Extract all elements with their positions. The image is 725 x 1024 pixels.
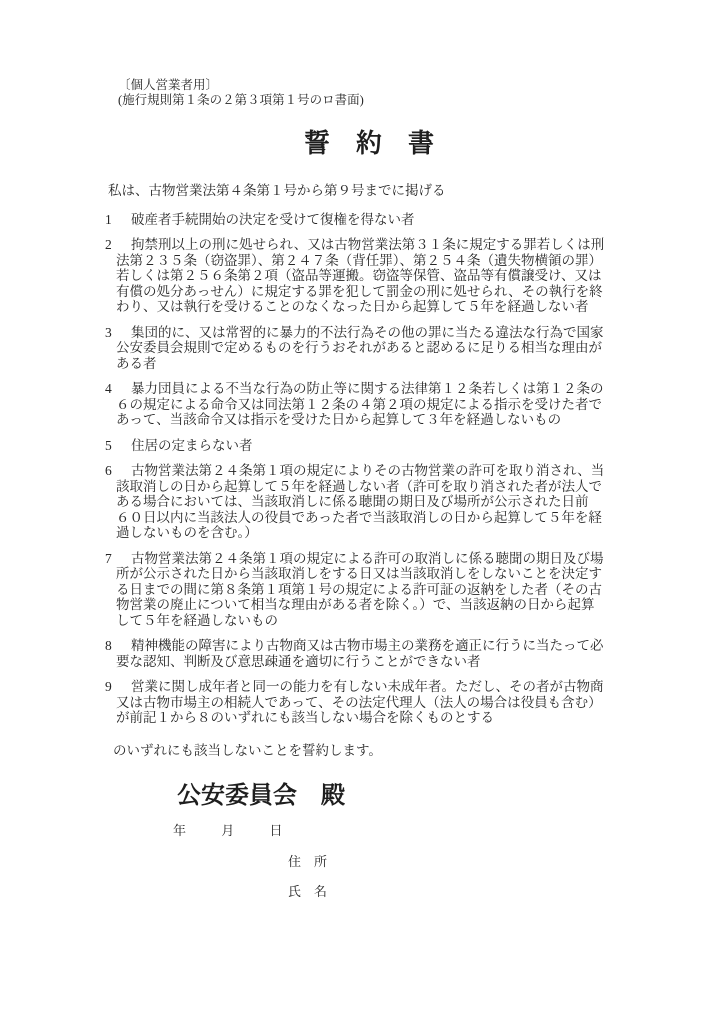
intro-text: 私は、古物営業法第４条第１号から第９号までに掲げる [108,183,633,199]
item-number: 1 [105,212,112,228]
item-text: 精神機能の障害により古物商又は古物市場主の業務を適正に行うに当たって必 要な認知… [116,638,633,669]
usage-note: 〔個人営業者用〕 [118,78,633,93]
item-number: 3 [105,325,112,341]
pledge-item-5: 5 住居の定まらない者 [105,438,633,454]
pledge-items-list: 1 破産者手続開始の決定を受けて復権を得ない者 2 拘禁刑以上の刑に処せられ、又… [105,212,633,726]
pledge-item-4: 4 暴力団員による不当な行為の防止等に関する法律第１２条若しくは第１２条の ６の… [105,381,633,428]
name-label: 氏 名 [288,884,633,900]
address-label: 住 所 [288,854,633,870]
item-text: 住居の定まらない者 [116,438,633,454]
date-month-label: 月 [221,823,234,839]
pledge-item-8: 8 精神機能の障害により古物商又は古物市場主の業務を適正に行うに当たって必 要な… [105,638,633,669]
doc-title: 誓 約 書 [105,129,633,159]
date-year-label: 年 [173,823,186,839]
pledge-item-2: 2 拘禁刑以上の刑に処せられ、又は古物営業法第３１条に規定する罪若しくは刑 法第… [105,237,633,315]
oath-document: 〔個人営業者用〕 (施行規則第１条の２第３項第１号のロ書面) 誓 約 書 私は、… [105,78,633,900]
document-page: { "page": { "background": "#ffffff", "te… [0,0,725,1024]
item-number: 6 [105,463,112,479]
item-number: 9 [105,679,112,695]
pledge-item-1: 1 破産者手続開始の決定を受けて復権を得ない者 [105,212,633,228]
pledge-item-9: 9 営業に関し成年者と同一の能力を有しない未成年者。ただし、その者が古物商 又は… [105,679,633,726]
item-number: 5 [105,438,112,454]
date-day-label: 日 [270,823,283,839]
pledge-item-7: 7 古物営業法第２４条第１項の規定による許可の取消しに係る聴聞の期日及び場 所が… [105,551,633,629]
item-number: 2 [105,237,112,253]
item-number: 4 [105,381,112,397]
pledge-item-3: 3 集団的に、又は常習的に暴力的不法行為その他の罪に当たる違法な行為で国家 公安… [105,325,633,372]
item-text: 古物営業法第２４条第１項の規定による許可の取消しに係る聴聞の期日及び場 所が公示… [116,551,633,629]
item-number: 7 [105,551,112,567]
addressee-line: 公安委員会 殿 [177,782,633,810]
date-line: 年 月 日 [173,823,633,839]
item-text: 暴力団員による不当な行為の防止等に関する法律第１２条若しくは第１２条の ６の規定… [116,381,633,428]
item-text: 営業に関し成年者と同一の能力を有しない未成年者。ただし、その者が古物商 又は古物… [116,679,633,726]
item-text: 破産者手続開始の決定を受けて復権を得ない者 [116,212,633,228]
item-text: 集団的に、又は常習的に暴力的不法行為その他の罪に当たる違法な行為で国家 公安委員… [116,325,633,372]
item-text: 古物営業法第２４条第１項の規定によりその古物営業の許可を取り消され、当 該取消し… [116,463,633,541]
closing-text: のいずれにも該当しないことを誓約します。 [113,743,633,759]
item-text: 拘禁刑以上の刑に処せられ、又は古物営業法第３１条に規定する罪若しくは刑 法第２３… [116,237,633,315]
doc-header: 〔個人営業者用〕 (施行規則第１条の２第３項第１号のロ書面) [118,78,633,108]
item-number: 8 [105,638,112,654]
rule-reference: (施行規則第１条の２第３項第１号のロ書面) [118,93,633,108]
pledge-item-6: 6 古物営業法第２４条第１項の規定によりその古物営業の許可を取り消され、当 該取… [105,463,633,541]
